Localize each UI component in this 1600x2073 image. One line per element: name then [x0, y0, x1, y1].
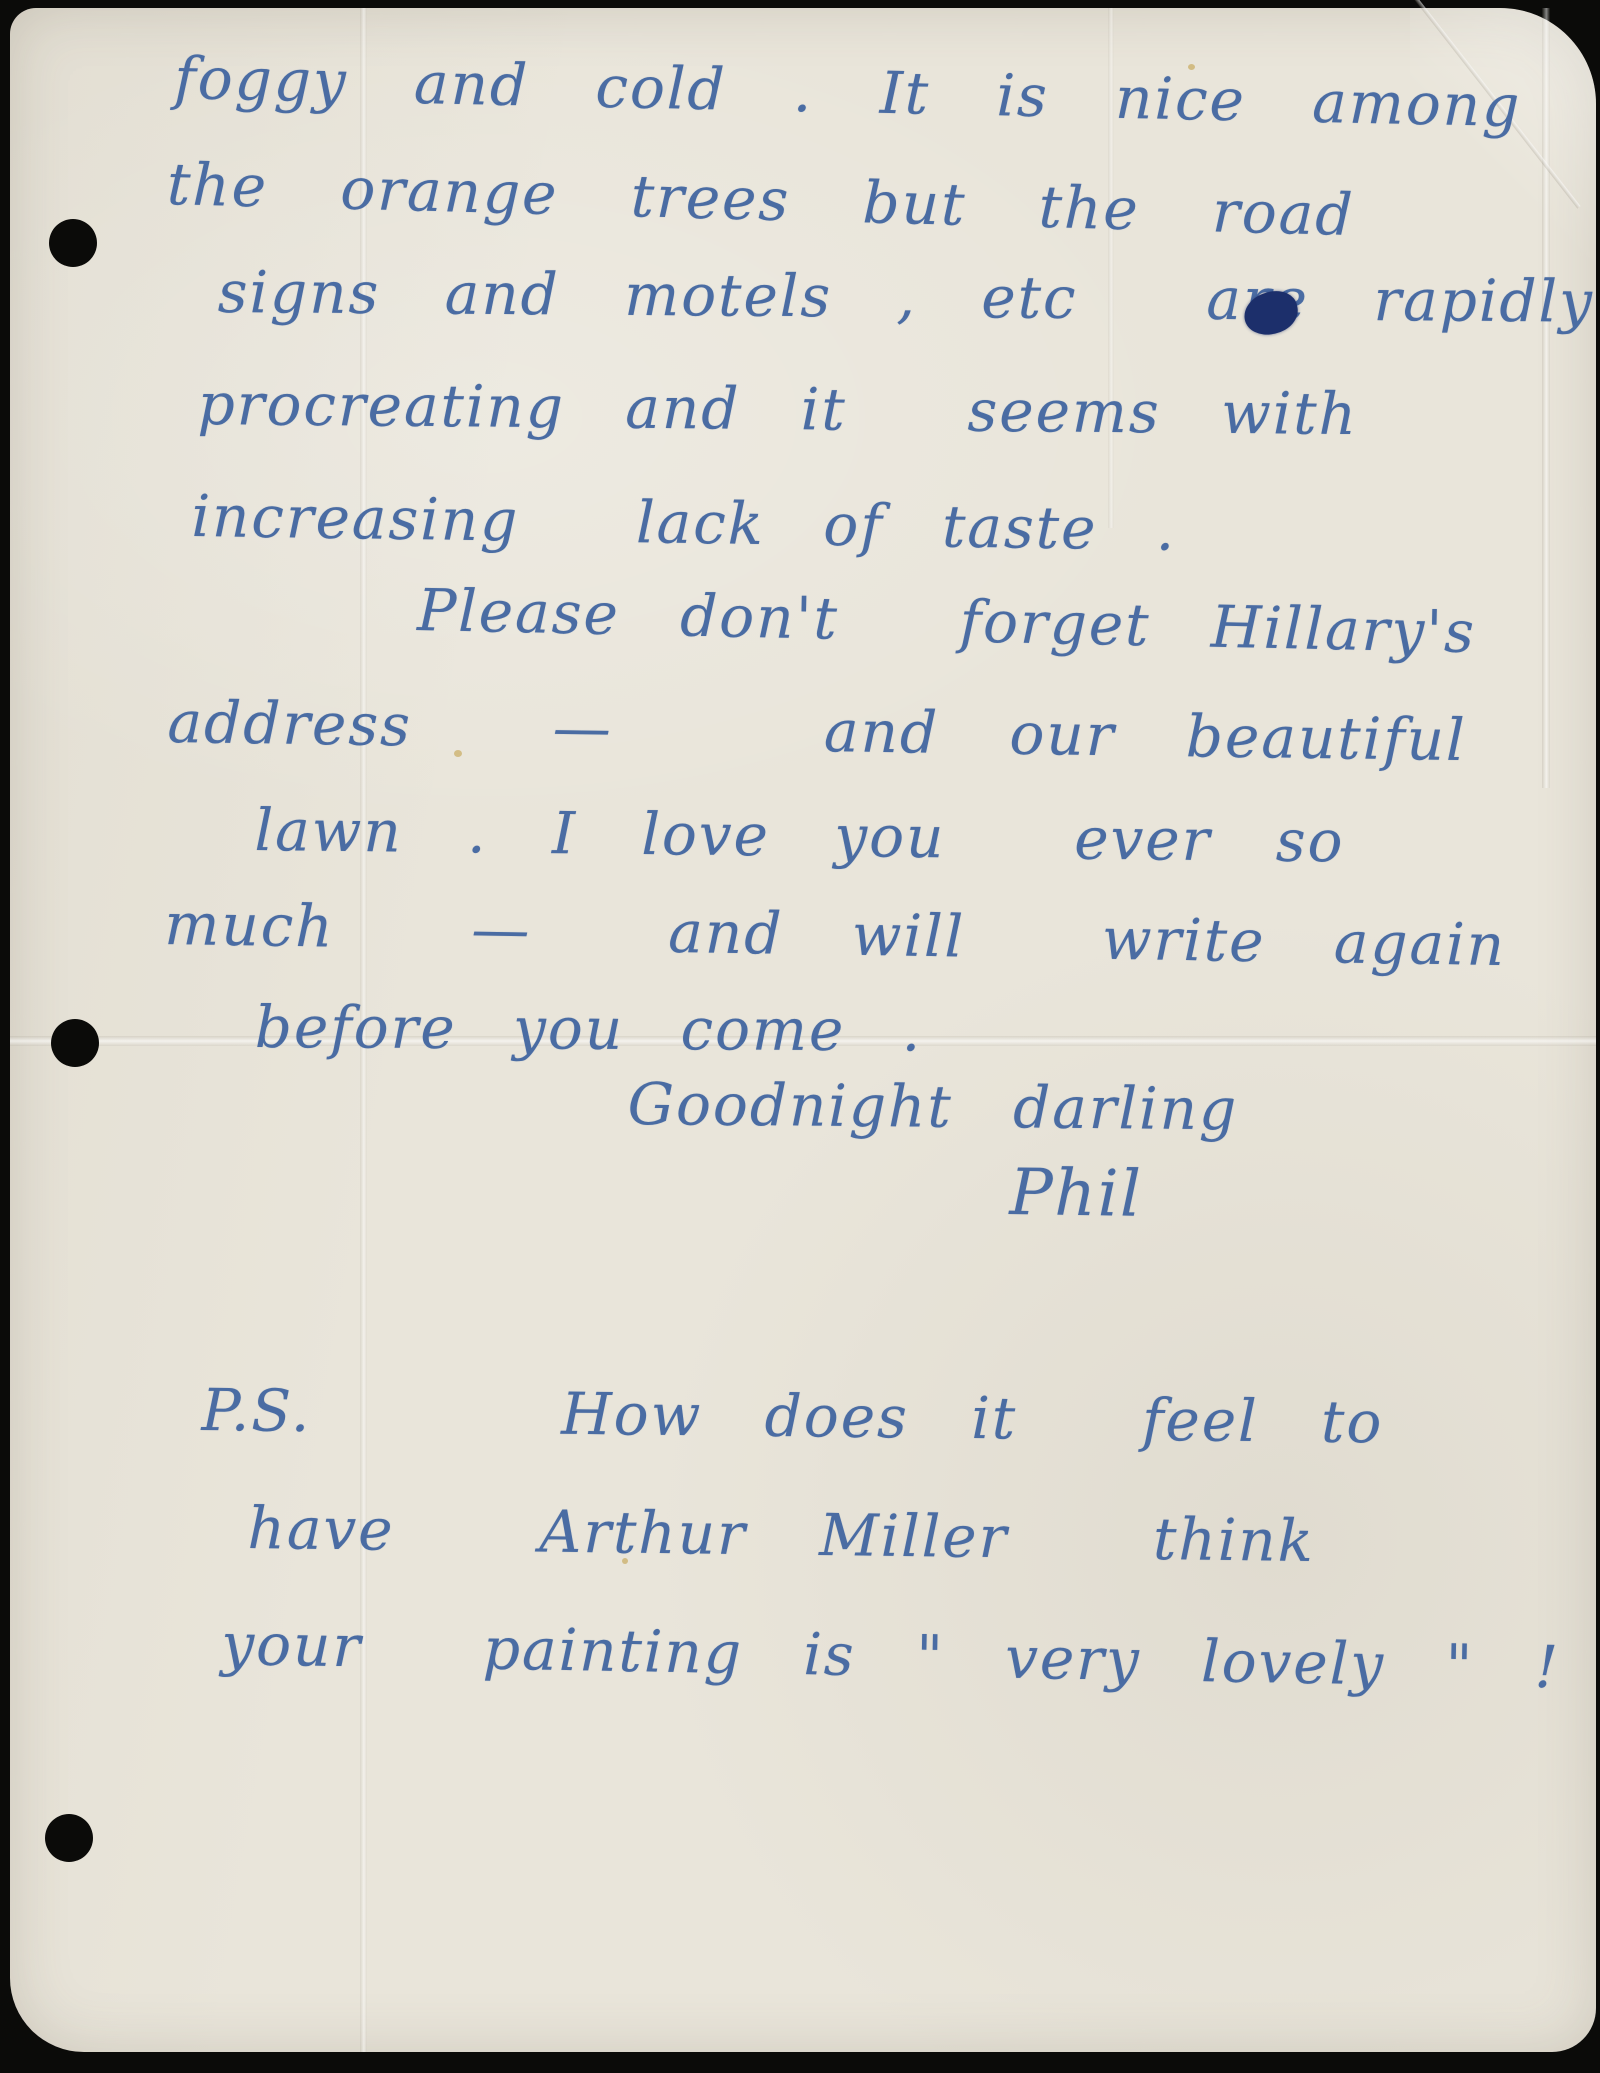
punch-hole-middle — [51, 1019, 99, 1067]
handwriting-line: before you come . — [255, 993, 923, 1064]
postscript-line: P.S. How does it feel to — [201, 1376, 1383, 1456]
postscript-line: have Arthur Miller think — [247, 1494, 1315, 1575]
letter-paper: foggy and cold . It is nice among the or… — [10, 8, 1596, 2052]
scanned-letter-page: { "letter": { "colors": { "ink": "#4a6ca… — [0, 0, 1600, 2073]
handwriting-line: increasing lack of taste . — [191, 482, 1177, 564]
vertical-fold-crease-right — [1542, 8, 1550, 788]
handwriting-line: the orange trees but the road — [166, 150, 1355, 249]
handwriting-line: much — and will write again — [164, 890, 1507, 979]
signature: Phil — [1009, 1156, 1143, 1232]
closing-line: Goodnight darling — [627, 1070, 1238, 1143]
postscript-line: your painting is " very lovely " ! — [221, 1610, 1561, 1701]
punch-hole-top — [49, 219, 97, 267]
handwriting-line: signs and motels , etc are rapidly — [218, 258, 1595, 336]
handwriting-line: procreating and it seems with — [197, 370, 1358, 448]
handwriting-line: foggy and cold . It is nice among — [174, 44, 1522, 140]
handwriting-line: lawn . I love you ever so — [254, 796, 1345, 875]
corner-fold-shading — [1410, 8, 1596, 308]
handwriting-line: address — and our beautiful — [167, 688, 1467, 774]
punch-hole-bottom — [45, 1814, 93, 1862]
handwriting-line: Please don't forget Hillary's — [417, 576, 1477, 666]
